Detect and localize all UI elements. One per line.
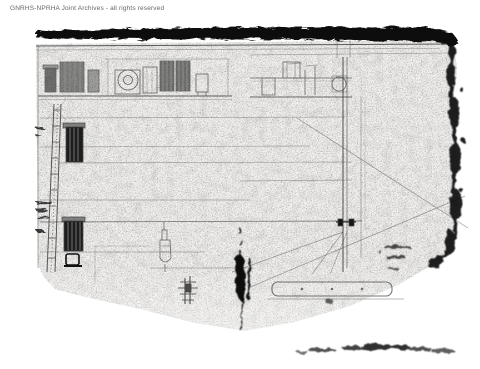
scanned-drawing [0, 0, 480, 369]
scan-paper-region [0, 0, 480, 369]
bottom-smudge-streak [296, 344, 455, 354]
scanned-document-page: GNRHS-NPRHA Joint Archives - all rights … [0, 0, 480, 369]
hatched-block-upper [63, 123, 85, 162]
